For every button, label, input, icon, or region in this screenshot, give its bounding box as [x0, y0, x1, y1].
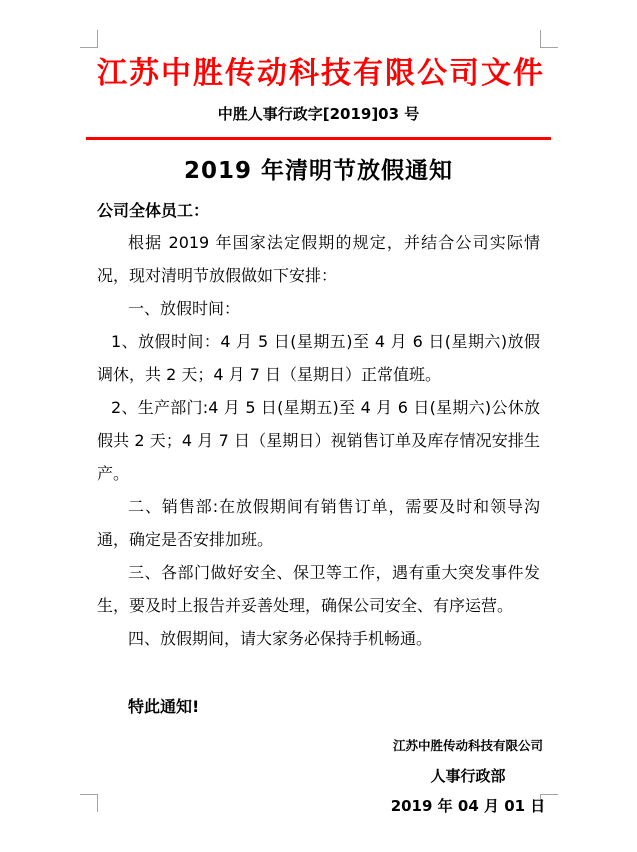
- notice-body: 根据 2019 年国家法定假期的规定，并结合公司实际情况，现对清明节放假做如下安…: [97, 226, 540, 655]
- crop-mark-top-right-icon: [540, 30, 558, 48]
- document-page: 江苏中胜传动科技有限公司文件 中胜人事行政字[2019]03 号 2019 年清…: [0, 0, 637, 852]
- paragraph-section-3: 三、各部门做好安全、保卫等工作，遇有重大突发事件发生，要及时上报告并妥善处理，确…: [97, 556, 540, 622]
- paragraph-section-2: 二、销售部:在放假期间有销售订单，需要及时和领导沟通，确定是否安排加班。: [97, 490, 540, 556]
- paragraph-intro: 根据 2019 年国家法定假期的规定，并结合公司实际情况，现对清明节放假做如下安…: [97, 226, 540, 292]
- notice-title: 2019 年清明节放假通知: [97, 154, 540, 189]
- salutation: 公司全体员工：: [97, 199, 540, 222]
- signature-company: 江苏中胜传动科技有限公司: [388, 731, 548, 761]
- paragraph-section-1: 一、放假时间：: [97, 292, 540, 325]
- closing-statement: 特此通知!: [97, 690, 540, 723]
- signature-block: 江苏中胜传动科技有限公司 人事行政部 2019 年 04 月 01 日: [388, 731, 548, 821]
- company-letterhead-title: 江苏中胜传动科技有限公司文件: [97, 54, 540, 94]
- crop-mark-top-left-icon: [80, 30, 98, 48]
- crop-mark-bottom-left-icon: [80, 794, 98, 812]
- document-content: 江苏中胜传动科技有限公司文件 中胜人事行政字[2019]03 号 2019 年清…: [97, 47, 540, 821]
- signature-department: 人事行政部: [388, 761, 548, 791]
- signature-date: 2019 年 04 月 01 日: [388, 791, 548, 821]
- red-divider-rule: [86, 137, 551, 140]
- paragraph-section-4: 四、放假期间，请大家务必保持手机畅通。: [97, 622, 540, 655]
- document-number: 中胜人事行政字[2019]03 号: [97, 104, 540, 124]
- paragraph-item-2: 2、生产部门:4 月 5 日(星期五)至 4 月 6 日(星期六)公休放假共 2…: [97, 391, 540, 490]
- paragraph-item-1: 1、放假时间：4 月 5 日(星期五)至 4 月 6 日(星期六)放假调休，共 …: [97, 325, 540, 391]
